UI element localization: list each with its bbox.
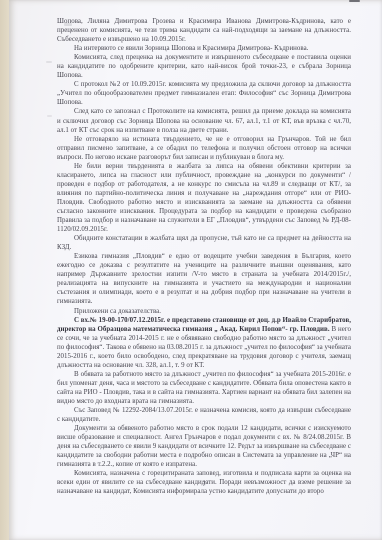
paragraph: Документи за обявеното работно място в с… xyxy=(57,424,351,469)
paragraph: На интервюто се явили Зорница Шопова и К… xyxy=(57,44,351,53)
page-number: 7 xyxy=(57,480,351,488)
paragraph-with-bold-lead: С вх.№ 19-00-170/07.12.2015г. е представ… xyxy=(57,316,351,370)
paragraph: Със Заповед № 12292-2084/13.07.2015г. е … xyxy=(57,406,351,424)
scanned-document: { "document": { "kind": "scanned officia… xyxy=(0,0,382,540)
paragraph-continuation: Шопова, Лиляна Димитрова Грозева и Краси… xyxy=(57,17,351,44)
paragraph: Обидните констатации в жалбата щял да пр… xyxy=(57,234,351,252)
paragraph: Не отговаряло на истината твърдението, ч… xyxy=(57,135,351,162)
document-body: Шопова, Лиляна Димитрова Грозева и Краси… xyxy=(57,17,351,496)
paragraph: Приложени са доказателства. xyxy=(57,307,351,316)
scan-artifact xyxy=(46,61,52,63)
paragraph: Не били верни твърденията в жалбата за л… xyxy=(57,162,351,234)
scan-artifact xyxy=(47,115,52,117)
paragraph: Комисията, след преценка на документите … xyxy=(57,53,351,80)
scanned-page: Шопова, Лиляна Димитрова Грозева и Краси… xyxy=(9,0,382,540)
paragraph: В обявата за работното място за длъжност… xyxy=(57,370,351,406)
paragraph: След като се запознал с Протоколите на к… xyxy=(57,107,351,134)
paragraph-bold-lead: С вх.№ 19-00-170/07.12.2015г. е представ… xyxy=(57,317,351,333)
paragraph: С протокол №2 от 10.09.2015г. комисията … xyxy=(57,80,351,107)
scan-artifact xyxy=(349,0,360,2)
paragraph: Езикова гимназия „Пловдив“ е едно от вод… xyxy=(57,252,351,306)
